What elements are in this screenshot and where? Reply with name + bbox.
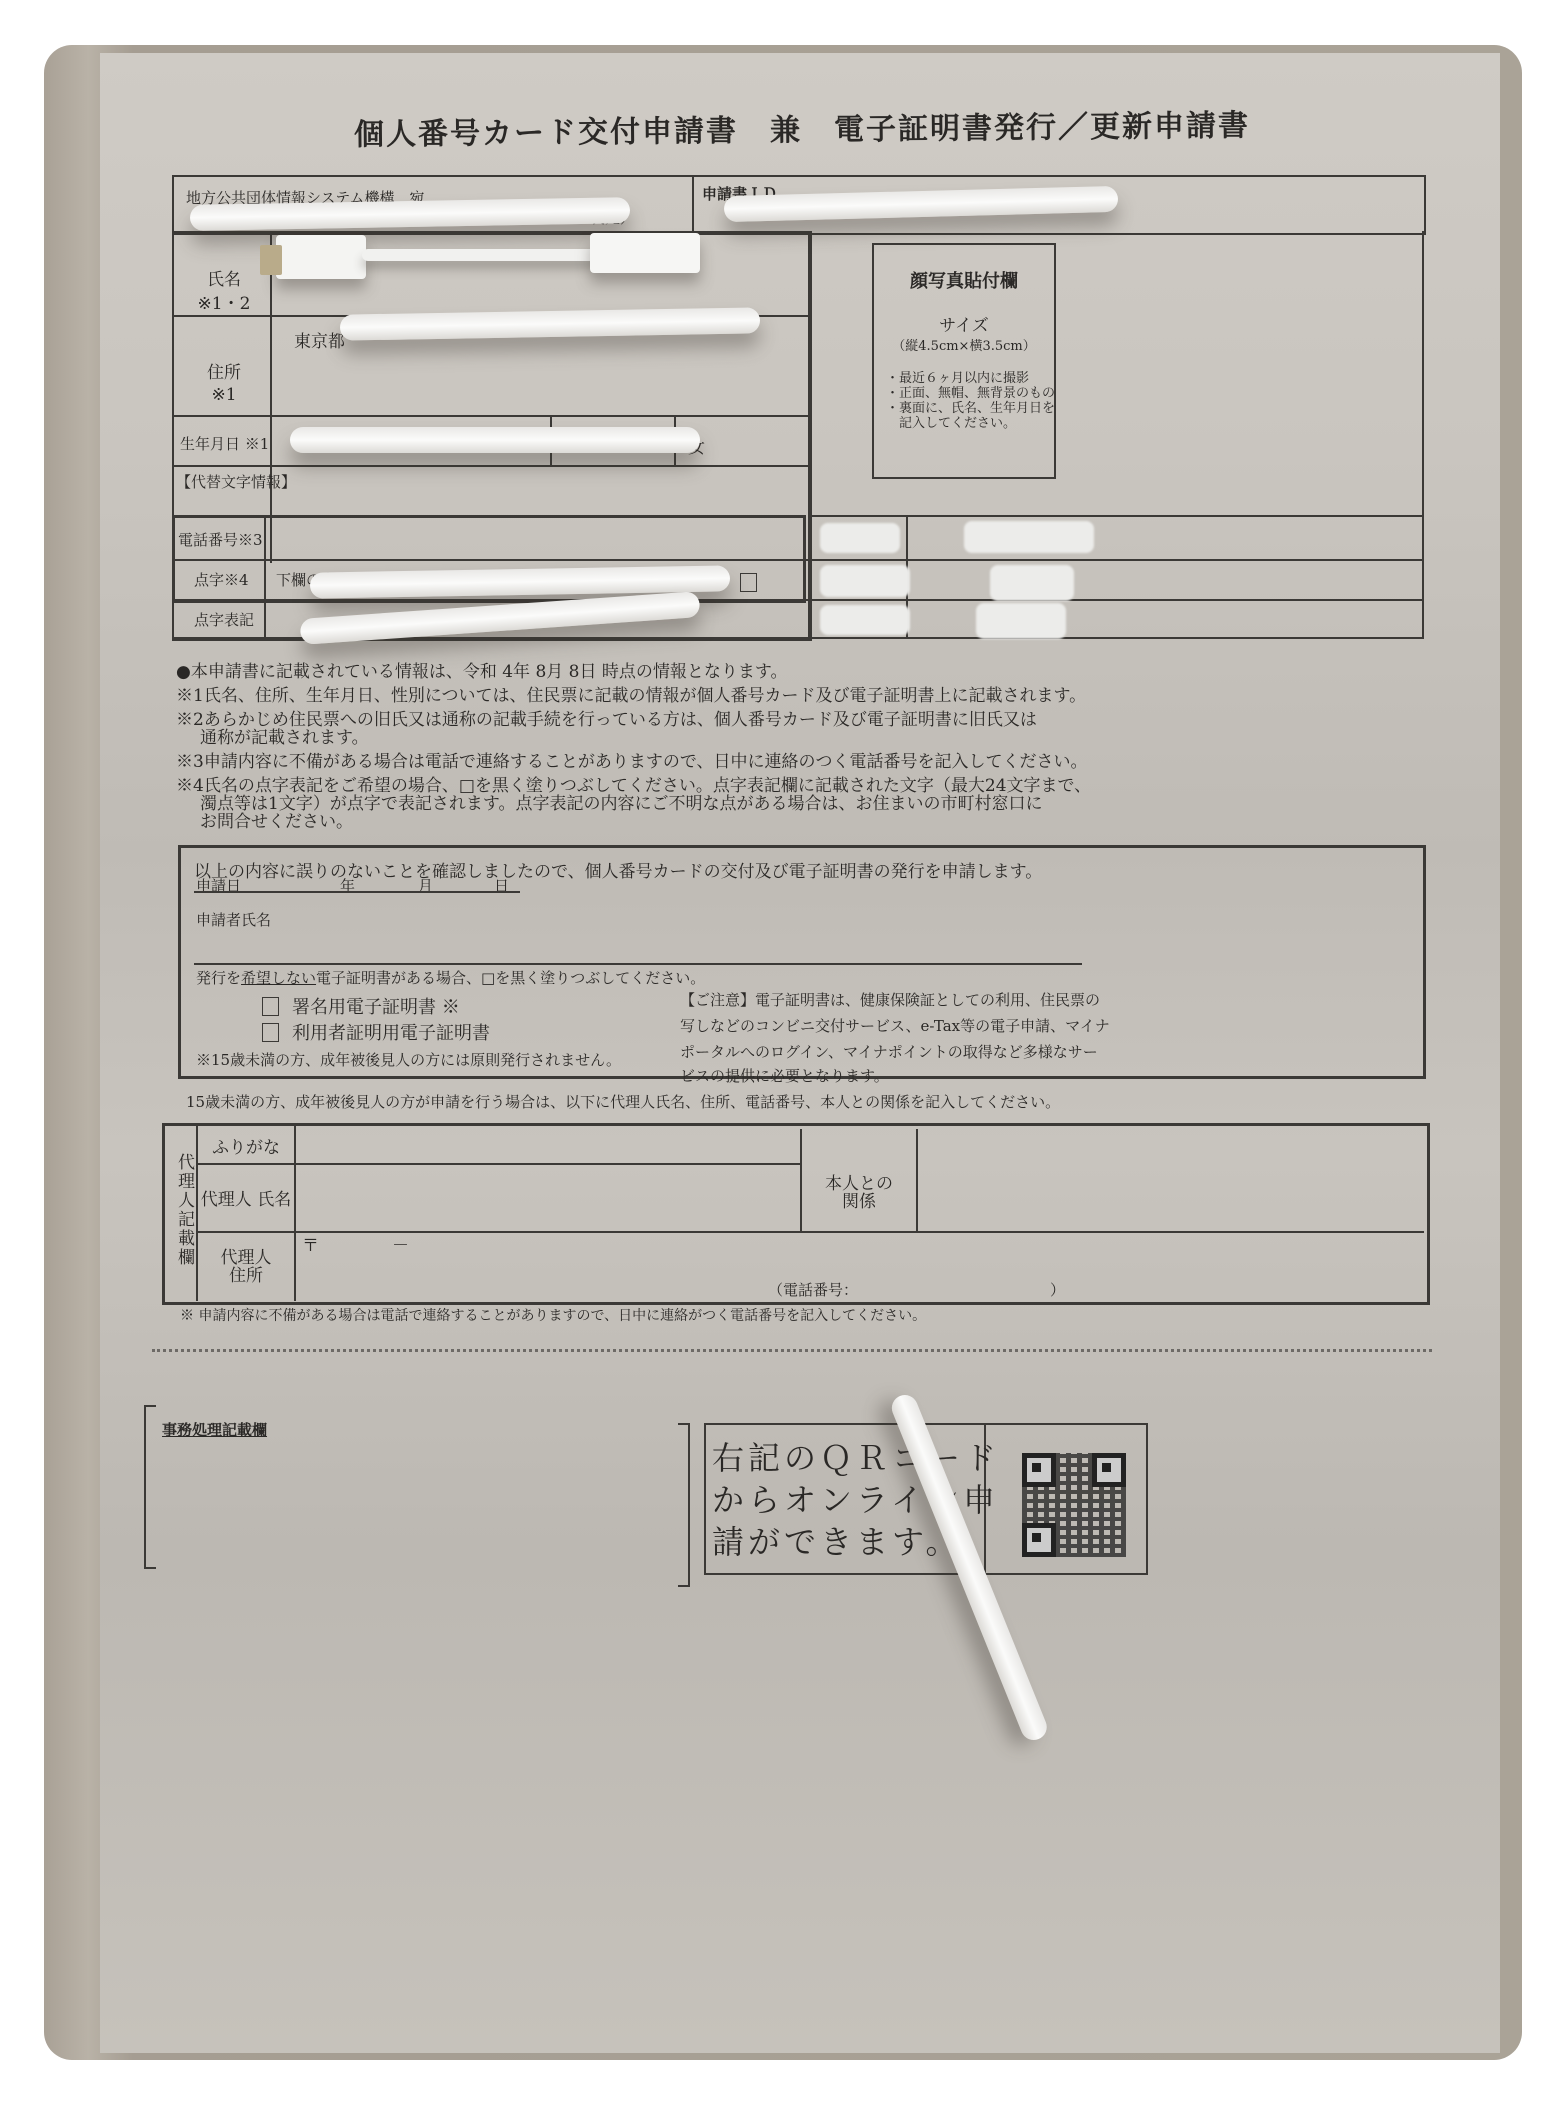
note-1: ※1氏名、住所、生年月日、性別については、住民票に記載の情報が個人番号カード及び… [176, 681, 1086, 706]
redacted-field [820, 605, 910, 635]
braille-label: 点字※4 [194, 569, 249, 590]
photo-size-value: （縦4.5cm×横3.5cm） [872, 335, 1056, 354]
relation-field[interactable] [922, 1131, 1418, 1229]
proxy-intro: 15歳未満の方、成年被後見人の方が申請を行う場合は、以下に代理人氏名、住所、電話… [186, 1091, 1060, 1112]
relation-label-2: 関係 [804, 1187, 914, 1212]
cert-user-checkbox[interactable] [262, 1023, 279, 1042]
phone-label: 電話番号※3 [178, 529, 263, 550]
proxy-name-field[interactable] [300, 1167, 796, 1227]
cotton-swab [290, 427, 700, 453]
document-photo: 個人番号カード交付申請書 兼 電子証明書発行／更新申請書 地方公共団体情報システ… [44, 45, 1522, 2060]
under15-note: ※15歳未満の方、成年被後見人の方には原則発行されません。 [196, 1049, 621, 1070]
cable [362, 249, 602, 261]
applicant-name-label: 申請者氏名 [196, 909, 271, 930]
caution-text: ポータルへのログイン、マイナポイントの取得など多様なサー [680, 1041, 1098, 1062]
address-value[interactable]: 東京都 [294, 327, 345, 352]
cert-user-label: 利用者証明用電子証明書 [292, 1019, 490, 1045]
alt-chars-label: 【代替文字情報】 [176, 471, 296, 492]
birthdate-label: 生年月日 ※1 [180, 433, 269, 454]
address-label: 住所 [180, 358, 268, 383]
photo-box-title: 顔写真貼付欄 [872, 267, 1056, 293]
qr-text-line-1: 右記のＱＲコード [712, 1433, 1000, 1479]
proxy-section-label: 代理人記載欄 [172, 1153, 197, 1267]
applicant-name-line[interactable] [194, 963, 1082, 965]
address-note: ※1 [180, 385, 268, 405]
date-field-line[interactable] [194, 891, 520, 893]
info-date-note: ●本申請書に記載されている情報は、令和 4年 8月 8日 時点の情報となります。 [176, 657, 788, 682]
office-bracket-left [144, 1405, 156, 1569]
braille-checkbox[interactable] [740, 573, 757, 592]
photo-rule: ・正面、無帽、無背景のもの [886, 386, 1055, 401]
redacted-field [964, 521, 1094, 553]
cut-line [152, 1349, 1432, 1352]
note-4-cont: お問合せください。 [200, 807, 353, 832]
photo-rule: ・裏面に、氏名、生年月日を [886, 401, 1055, 416]
proxy-address-field[interactable] [300, 1237, 1418, 1295]
redacted-field [820, 523, 900, 553]
lightning-plug [260, 245, 282, 275]
optout-instruction: 発行を希望しない電子証明書がある場合、□を黒く塗りつぶしてください。 [196, 967, 705, 988]
note-3: ※3申請内容に不備がある場合は電話で連絡することがありますので、日中に連絡のつく… [176, 747, 1087, 772]
application-form: 個人番号カード交付申請書 兼 電子証明書発行／更新申請書 地方公共団体情報システ… [100, 53, 1500, 2053]
proxy-phone-label: （電話番号： [768, 1279, 858, 1300]
proxy-name-label: 代理人 氏名 [198, 1185, 294, 1210]
declaration-statement: 以上の内容に誤りのないことを確認しましたので、個人番号カードの交付及び電子証明書… [194, 857, 1042, 882]
cert-sign-checkbox[interactable] [262, 997, 279, 1016]
qr-text-line-3: 請ができます。 [712, 1517, 961, 1563]
redacted-field [990, 565, 1074, 601]
redacted-field [976, 603, 1066, 639]
redacted-field [820, 565, 910, 597]
photo-size-label: サイズ [872, 311, 1056, 336]
name-label: 氏名 [180, 265, 268, 290]
office-bracket-right [678, 1423, 690, 1587]
qr-code[interactable] [1022, 1453, 1126, 1557]
office-use-label: 事務処理記載欄 [162, 1419, 267, 1440]
braille-display-label: 点字表記 [194, 609, 254, 630]
caution-text: 写しなどのコンビニ交付サービス、e-Tax等の電子申請、マイナ [680, 1015, 1110, 1036]
caution-text: ビスの提供に必要となります。 [680, 1065, 889, 1086]
photo-rule: ・最近６ヶ月以内に撮影 [886, 371, 1029, 386]
proxy-address-label-2: 住所 [198, 1261, 294, 1286]
cert-sign-label: 署名用電子証明書 ※ [292, 993, 460, 1019]
form-title: 個人番号カード交付申請書 兼 電子証明書発行／更新申請書 [354, 100, 1250, 153]
caution-text: 【ご注意】電子証明書は、健康保険証としての利用、住民票の [680, 989, 1100, 1010]
headphone-jack [590, 233, 700, 273]
furigana-field[interactable] [300, 1131, 796, 1161]
cable-connector [276, 235, 366, 279]
photo-rule: 記入してください。 [886, 416, 1016, 431]
proxy-phone-close: ） [1050, 1279, 1065, 1300]
note-2-cont: 通称が記載されます。 [200, 723, 369, 748]
furigana-label: ふりがな [198, 1133, 294, 1158]
proxy-footnote: ※ 申請内容に不備がある場合は電話で連絡することがありますので、日中に連絡がつく… [180, 1305, 926, 1325]
name-note: ※1・2 [180, 289, 268, 314]
